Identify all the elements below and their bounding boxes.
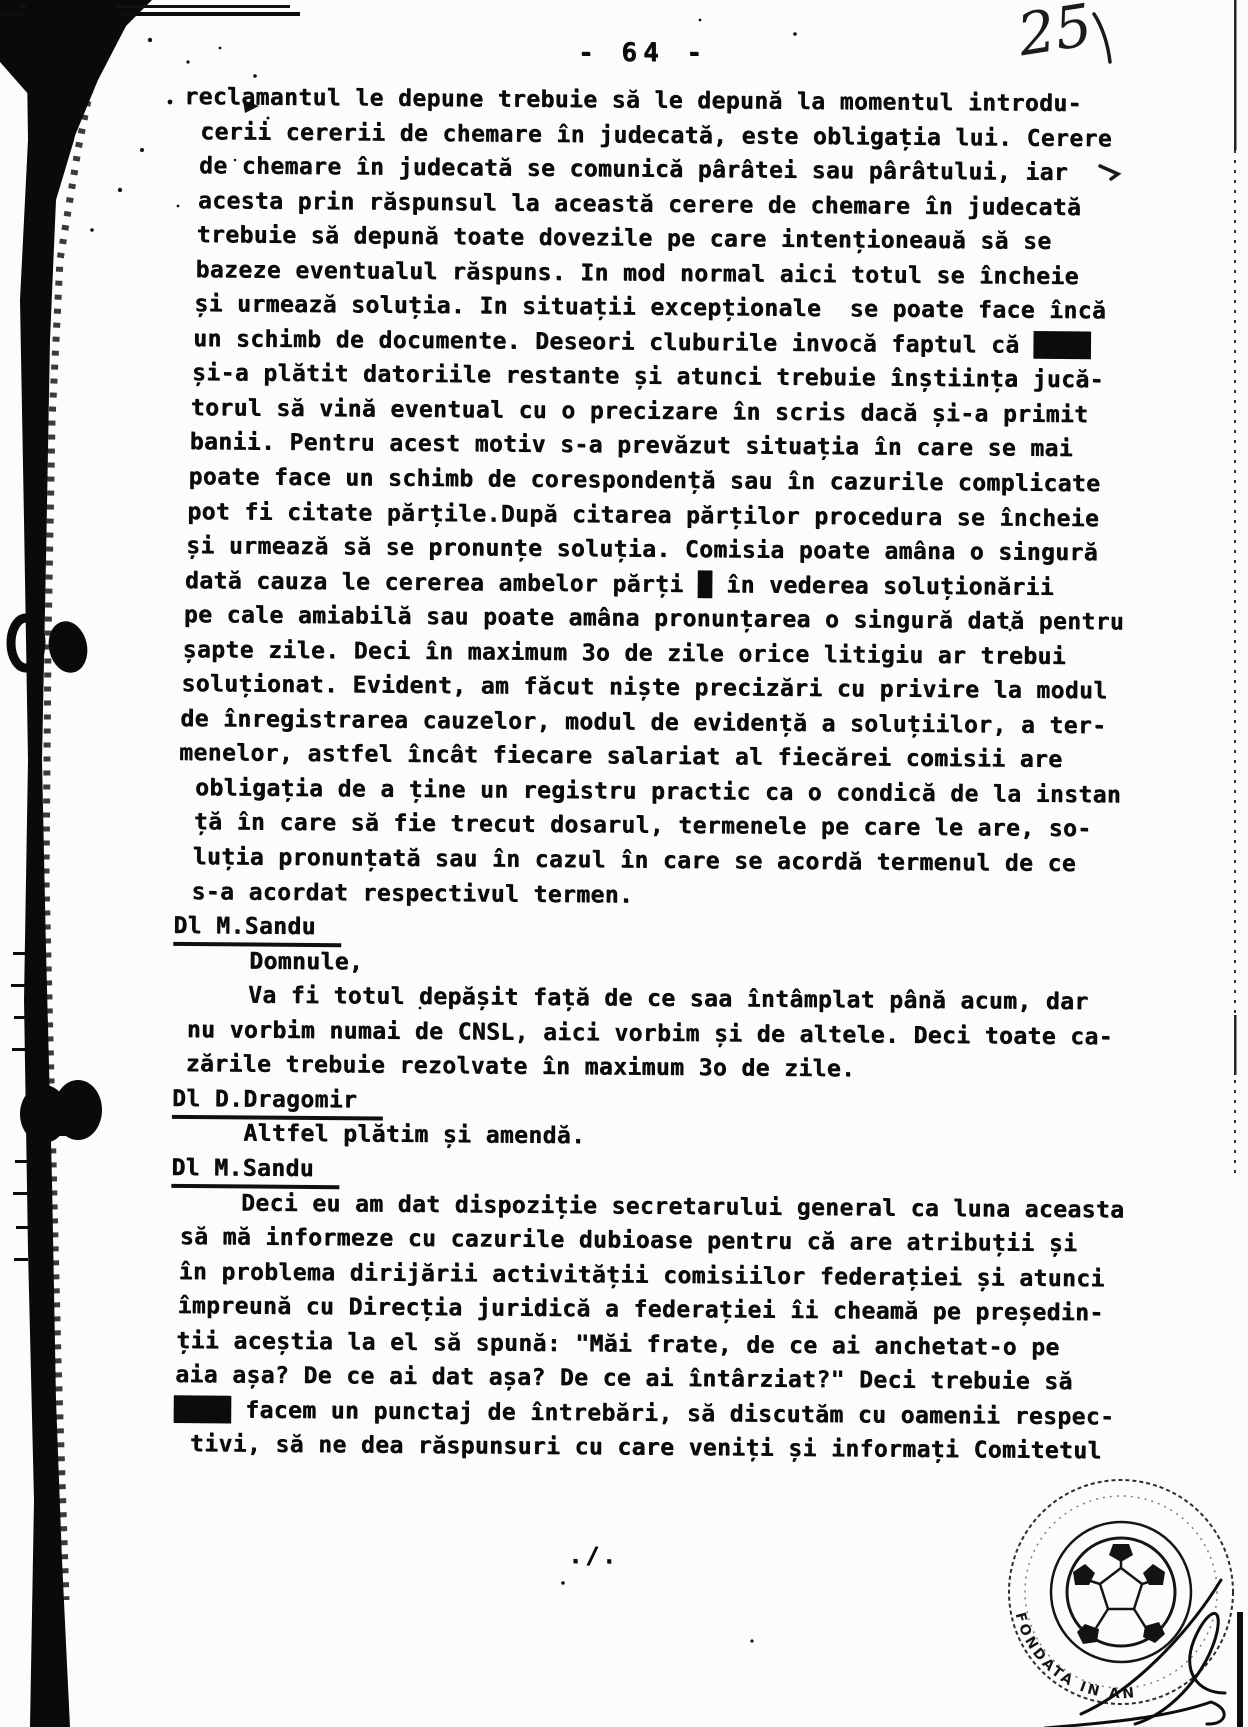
round-stamp: FONDATA IN ANUL xyxy=(985,1462,1248,1727)
page-number: - 64 - xyxy=(578,38,708,68)
scanned-document-page: - 64 - 25 reclamantul le depune trebuie … xyxy=(0,0,1248,1727)
typewritten-text: reclamantul le depune trebuie să le depu… xyxy=(176,84,1198,1582)
binder-fastener xyxy=(11,618,102,1143)
handwritten-annotation: 25 xyxy=(1013,0,1097,69)
